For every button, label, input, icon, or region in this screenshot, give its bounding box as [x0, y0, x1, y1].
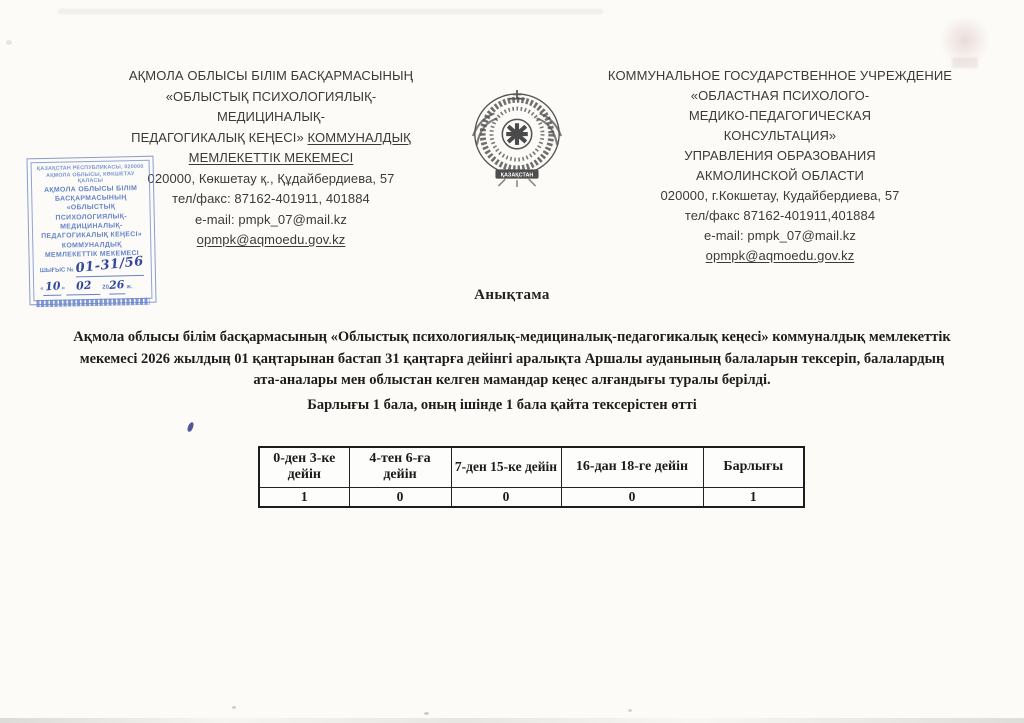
scan-speck-artifact — [6, 40, 12, 45]
org-name-line: КОММУНАЛЬНОЕ ГОСУДАРСТВЕННОЕ УЧРЕЖДЕНИЕ — [600, 66, 960, 86]
scan-speck-artifact — [232, 706, 236, 709]
org-name-line: МЕДИКО-ПЕДАГОГИЧЕСКАЯ — [600, 106, 960, 126]
org-name-line: УПРАВЛЕНИЯ ОБРАЗОВАНИЯ — [600, 146, 960, 166]
document-summary-line: Барлығы 1 бала, оның ішінде 1 бала қайта… — [0, 397, 1004, 414]
org-name-line: АКМОЛИНСКОЙ ОБЛАСТИ — [600, 166, 960, 186]
table-header-cell: 0-ден 3-ке дейін — [259, 447, 349, 487]
table-value-row: 1 0 0 0 1 — [259, 487, 804, 507]
kazakhstan-coat-of-arms-icon: ҚАЗАҚСТАН — [468, 86, 566, 190]
org-name-line: ПЕДАГОГИКАЛЫҚ КЕҢЕСІ» КОММУНАЛДЫҚ — [100, 128, 442, 149]
table-value-cell: 0 — [561, 487, 703, 507]
org-name-line: «ОБЛАСТНАЯ ПСИХОЛОГО- — [600, 86, 960, 106]
org-name-line: МЕДИЦИНАЛЫҚ- — [100, 107, 442, 128]
table-header-row: 0-ден 3-ке дейін 4-тен 6-ға дейін 7-ден … — [259, 447, 804, 487]
scan-edge-band-artifact — [0, 718, 1024, 723]
document-title: Анықтама — [0, 287, 1024, 304]
ink-mark-artifact — [187, 421, 195, 432]
scanned-document-page: АҚМОЛА ОБЛЫСЫ БІЛІМ БАСҚАРМАСЫНЫҢ «ОБЛЫС… — [0, 0, 1024, 723]
table-header-cell: Барлығы — [703, 447, 804, 487]
stamp-inner-frame: ҚАЗАҚСТАН РЕСПУБЛИКАСЫ, 020000 АҚМОЛА ОБ… — [31, 160, 153, 301]
stamp-outgoing-row: ШЫҒЫС № 01-31/56 — [36, 261, 149, 278]
age-breakdown-table: 0-ден 3-ке дейін 4-тен 6-ға дейін 7-ден … — [258, 446, 805, 508]
table-value-cell: 0 — [349, 487, 451, 507]
table-value-cell: 1 — [259, 487, 349, 507]
org-email-link: opmpk@aqmoedu.gov.kz — [600, 246, 960, 266]
table-header-cell: 16-дан 18-ге дейін — [561, 447, 703, 487]
org-email: e-mail: pmpk_07@mail.kz — [600, 226, 960, 246]
scan-streak-artifact — [58, 9, 603, 14]
emblem-banner-text: ҚАЗАҚСТАН — [501, 173, 534, 179]
table-header-cell: 4-тен 6-ға дейін — [349, 447, 451, 487]
org-address: 020000, г.Кокшетау, Кудайбердиева, 57 — [600, 186, 960, 206]
org-name-line: КОНСУЛЬТАЦИЯ» — [600, 126, 960, 146]
table-value-cell: 1 — [703, 487, 804, 507]
org-name-segment: ПЕДАГОГИКАЛЫҚ КЕҢЕСІ» — [131, 130, 307, 145]
scan-speck-artifact — [424, 712, 429, 715]
org-name-line: «ОБЛЫСТЫҚ ПСИХОЛОГИЯЛЫҚ- — [100, 87, 442, 108]
table-header-cell: 7-ден 15-ке дейін — [451, 447, 561, 487]
scan-speck-artifact — [940, 18, 995, 68]
stamp-org-line: БАСҚАРМАСЫНЫҢ «ОБЛЫСТЫҚ — [34, 193, 147, 214]
table-value-cell: 0 — [451, 487, 561, 507]
org-phone: тел/факс 87162-401911,401884 — [600, 206, 960, 226]
stamp-outgoing-blank: 01-31/56 — [75, 261, 143, 277]
org-name-line: АҚМОЛА ОБЛЫСЫ БІЛІМ БАСҚАРМАСЫНЫҢ — [100, 66, 442, 87]
stamp-outgoing-label: ШЫҒЫС № — [40, 268, 74, 275]
registration-stamp: ҚАЗАҚСТАН РЕСПУБЛИКАСЫ, 020000 АҚМОЛА ОБ… — [26, 156, 156, 306]
org-name-segment-underlined: КОММУНАЛДЫҚ — [308, 130, 411, 145]
document-body-paragraph: Ақмола облысы білім басқармасының «Облыс… — [72, 327, 952, 392]
org-header-russian: КОММУНАЛЬНОЕ ГОСУДАРСТВЕННОЕ УЧРЕЖДЕНИЕ … — [600, 66, 960, 266]
scan-speck-artifact — [628, 709, 632, 712]
